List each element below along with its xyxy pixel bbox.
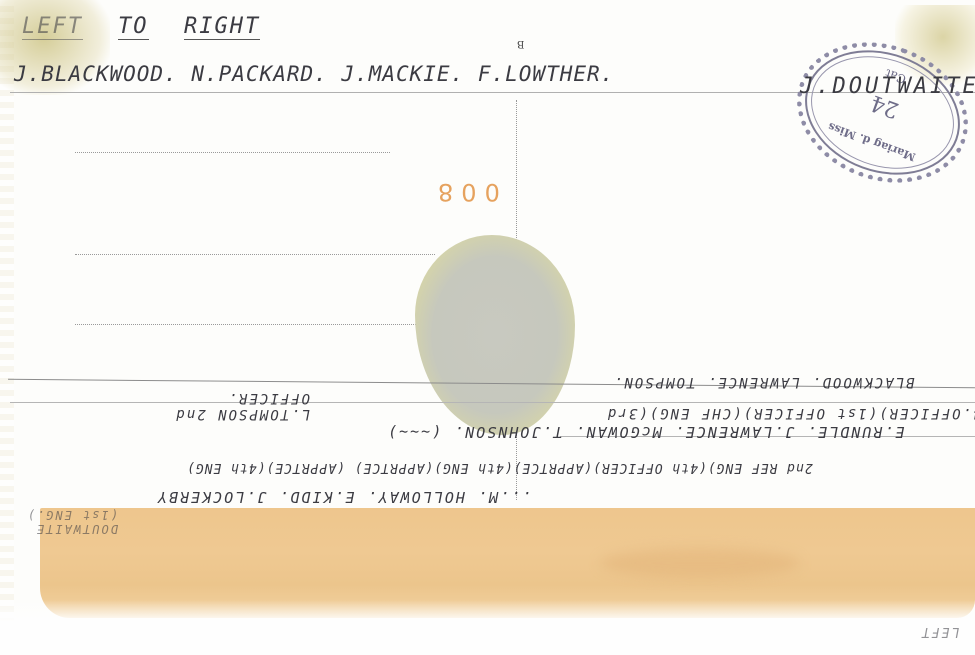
header-to-word: TO [118,14,149,40]
note-line-2-left: L.TOMPSON 2nd OFFICER. [150,390,310,422]
scalloped-edge [0,0,14,655]
header-left-word: LEFT [22,14,83,40]
address-line-3 [75,324,420,325]
address-line-2 [75,254,435,255]
serial-number: 008 [430,178,500,206]
address-line-1 [75,152,390,153]
note-line-4: 2nd REF ENG)(4th OFFICER)(APPRTCE)(4th E… [186,460,813,475]
tape-note-right: LEFT [920,624,959,639]
note-line-3: E.RUNDLE. J.LAWRENCE. McGOWAN. T.JOHNSON… [386,423,904,441]
note-line-1: BLACKWOOD. LAWRENCE. TOMPSON. [612,374,914,390]
marker-letter: B [517,38,524,49]
names-line: J.BLACKWOOD. N.PACKARD. J.MACKIE. F.LOWT… [14,62,614,86]
note-line-5: ...M. HOLLOWAY. E.KIDD. J.LOCKERBY [156,488,531,506]
torn-edge [0,600,975,655]
stain-center [415,235,575,435]
note-line-2-right: (4.OFFICER)(1st OFFICER)(CHF ENG)(3rd [606,405,975,421]
tape-note-left: DOUTWAITE (1st ENG.) [8,508,118,536]
header-right-word: RIGHT [184,14,260,40]
stamp-handwritten-name: J.DOUTWAITE [800,74,975,99]
postcard-back: LEFT TO RIGHT J.BLACKWOOD. N.PACKARD. J.… [0,0,975,655]
